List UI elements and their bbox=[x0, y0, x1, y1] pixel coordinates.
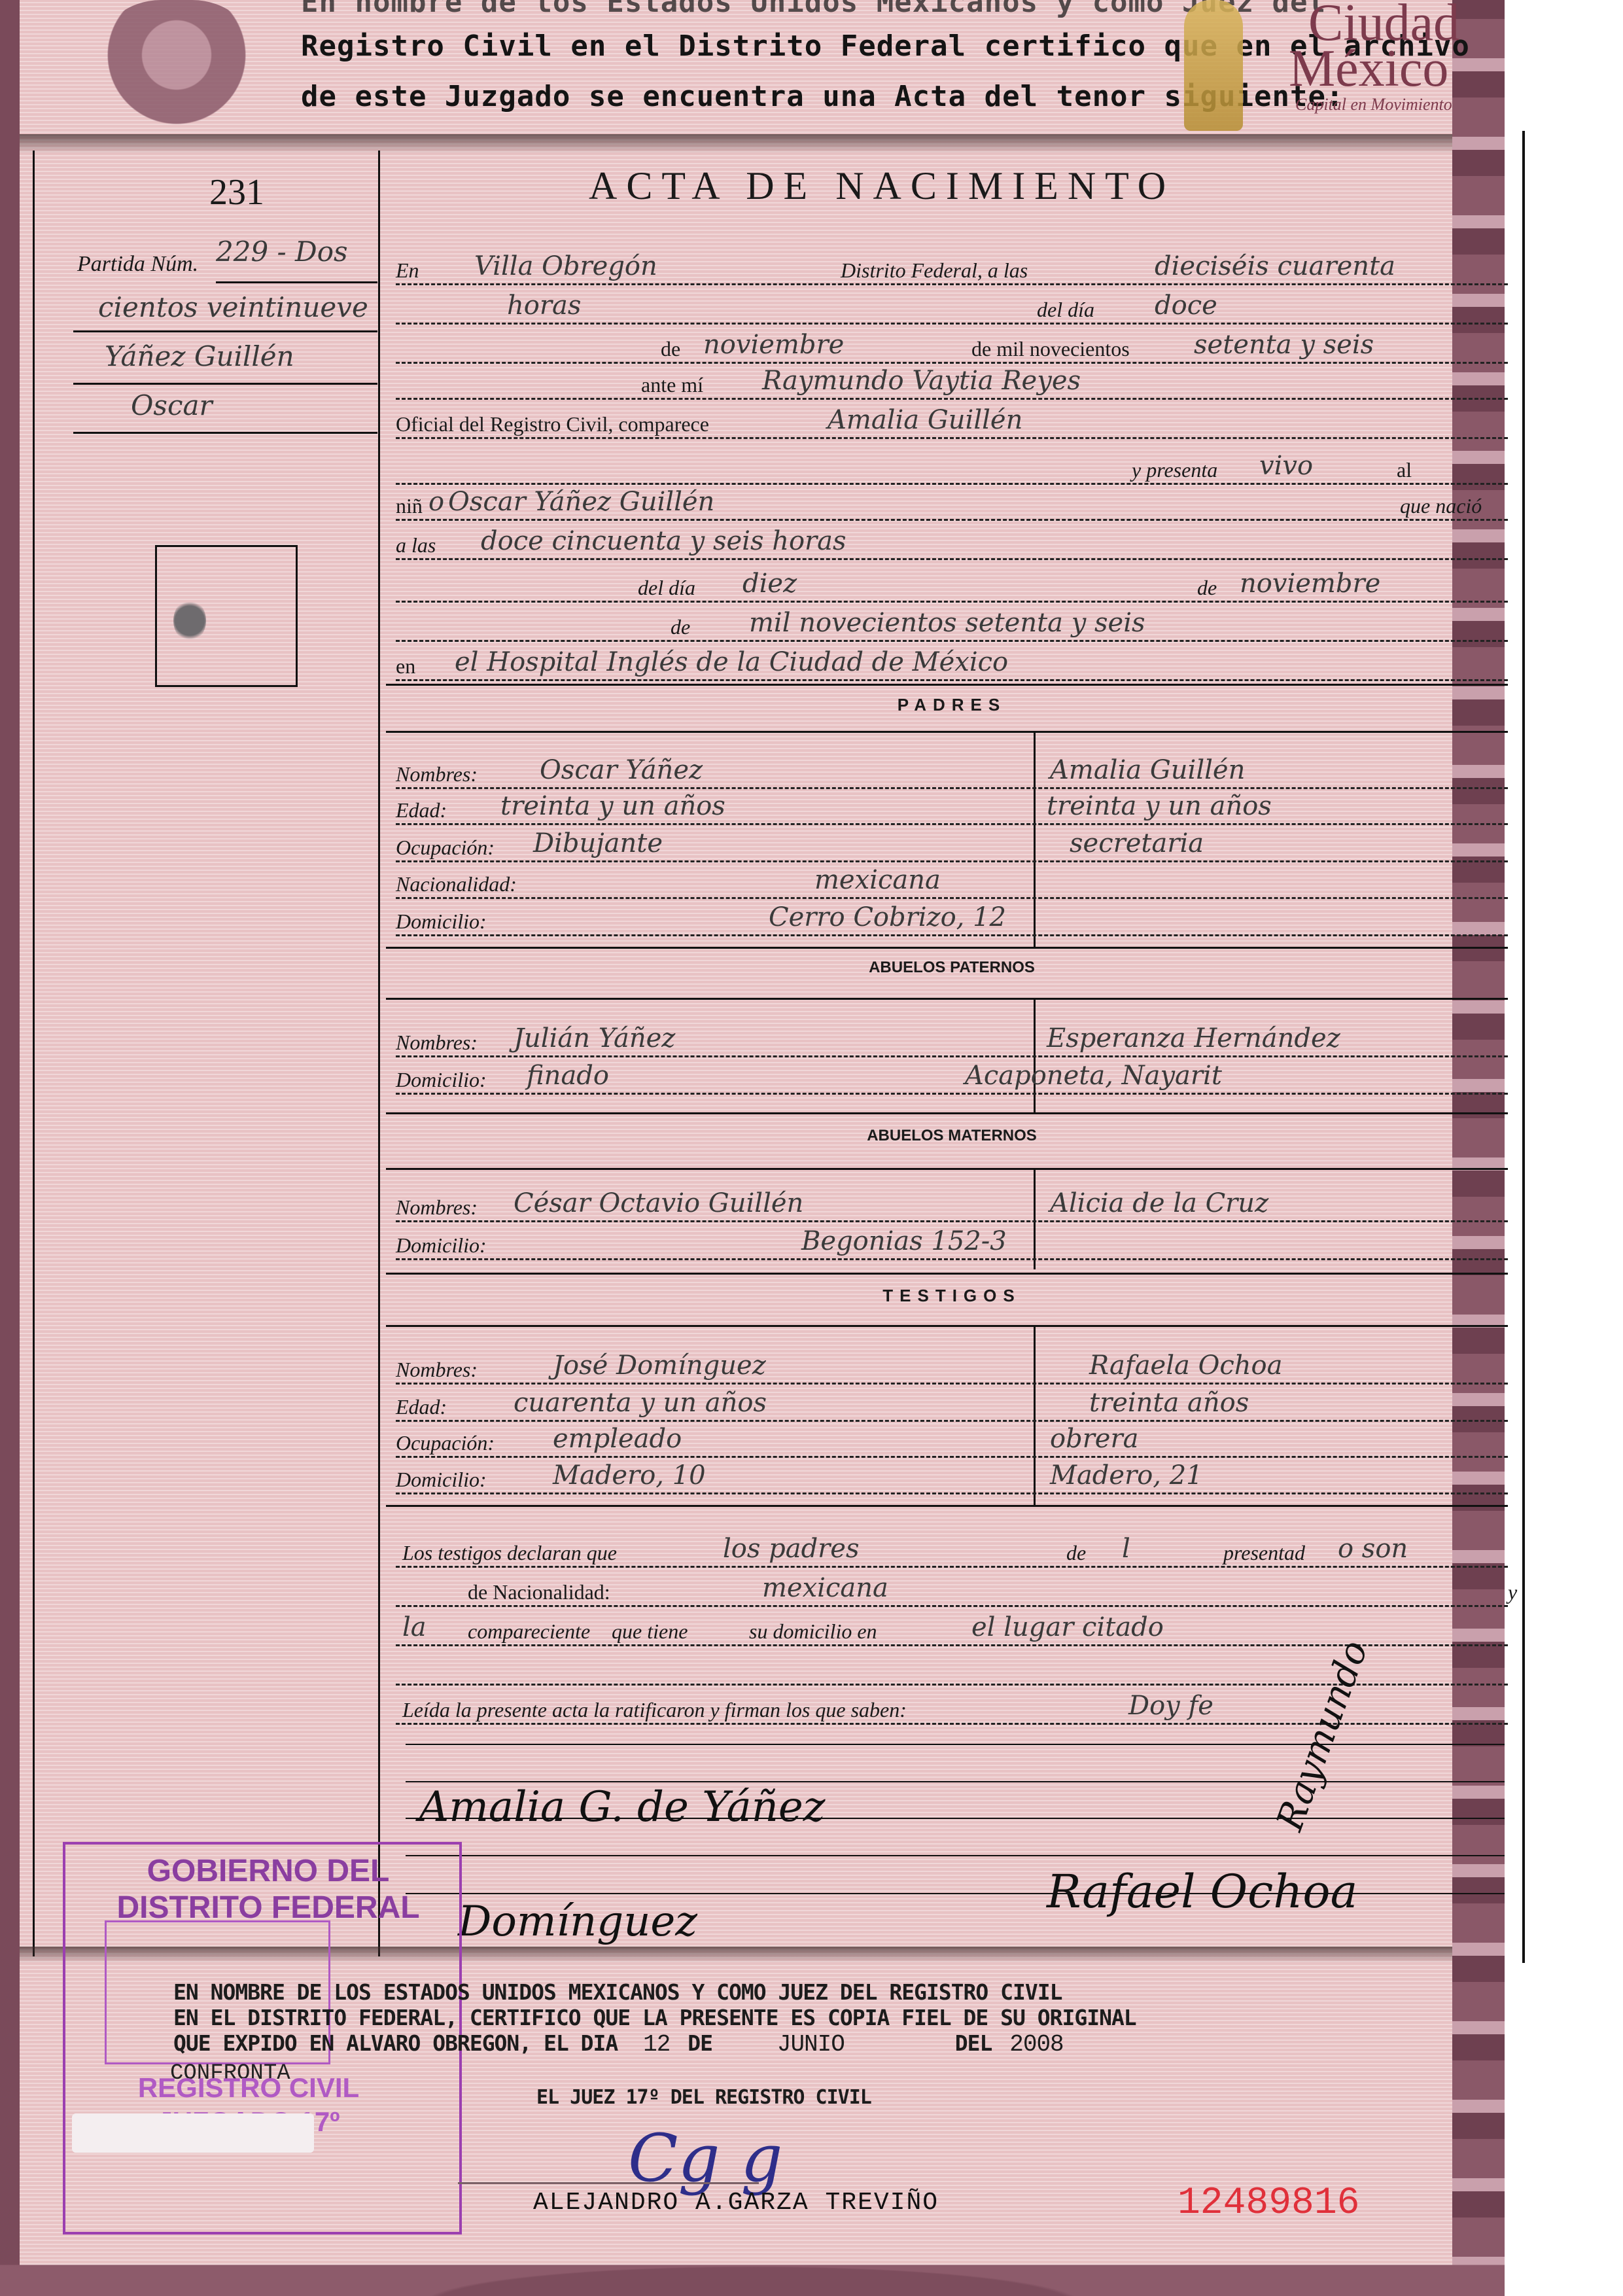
cert-line-2: EN EL DISTRITO FEDERAL, CERTIFICO QUE LA… bbox=[173, 2005, 1136, 2030]
cert-line-3-prefix: QUE EXPIDO EN ALVARO OBREGON, EL DIA bbox=[173, 2030, 618, 2056]
label-de-3: de bbox=[671, 615, 690, 639]
value-que: los padres bbox=[723, 1534, 860, 1564]
label-ocupacion: Ocupación: bbox=[396, 1431, 495, 1455]
stamp-line: GOBIERNO DEL bbox=[85, 1853, 451, 1890]
label-del-dia: del día bbox=[1037, 298, 1094, 322]
value-anio-registro: setenta y seis bbox=[1194, 330, 1374, 360]
document-title: ACTA DE NACIMIENTO bbox=[589, 164, 1175, 209]
row-nacionalidad: de Nacionalidad: mexicana y bbox=[396, 1570, 1508, 1610]
header-line-0: En nombre de los Estados Unidos Mexicano… bbox=[301, 0, 1326, 19]
signature-madre: Amalia G. de Yáñez bbox=[419, 1783, 825, 1831]
value-abuelo-paterno: Julián Yáñez bbox=[514, 1023, 675, 1053]
value-nacionalidad: mexicana bbox=[762, 1573, 888, 1603]
cert-year: 2008 bbox=[1009, 2031, 1063, 2058]
section-rule bbox=[386, 947, 1508, 949]
section-rule bbox=[386, 1112, 1508, 1114]
section-title-testigos: TESTIGOS bbox=[396, 1286, 1508, 1306]
value-testigo1-domicilio: Madero, 10 bbox=[553, 1460, 706, 1491]
value-nacionalidad: mexicana bbox=[814, 865, 941, 895]
partida-rule bbox=[216, 281, 377, 283]
angel-independence-icon bbox=[1184, 0, 1243, 131]
value-domicilio: Cerro Cobrizo, 12 bbox=[769, 902, 1006, 932]
label-nombres: Nombres: bbox=[396, 1031, 478, 1055]
national-eagle-emblem-icon bbox=[98, 0, 255, 137]
label-domicilio: Domicilio: bbox=[396, 1068, 487, 1092]
cert-month: JUNIO bbox=[777, 2031, 845, 2058]
label-nacionalidad: Nacionalidad: bbox=[396, 872, 517, 896]
row-mes-anio: de noviembre de mil novecientos setenta … bbox=[396, 327, 1508, 366]
section-rule bbox=[386, 1325, 1508, 1327]
juez-signature-line bbox=[458, 2182, 759, 2184]
value-testigo1-ocupacion: empleado bbox=[553, 1424, 682, 1454]
value-nino-suffix: o bbox=[428, 487, 444, 517]
fingerprint-icon bbox=[173, 599, 206, 642]
row-anio-nacimiento: de mil novecientos setenta y seis bbox=[396, 605, 1508, 645]
partida-rule bbox=[73, 330, 377, 332]
certification-text: EN NOMBRE DE LOS ESTADOS UNIDOS MEXICANO… bbox=[173, 1979, 1136, 2057]
label-que-tiene: que tiene bbox=[612, 1619, 688, 1644]
row-maternos-nombres: Nombres: César Octavio Guillén Alicia de… bbox=[396, 1186, 1508, 1225]
label-nino: niñ bbox=[396, 494, 423, 518]
value-estado: vivo bbox=[1259, 451, 1313, 481]
label-ocupacion: Ocupación: bbox=[396, 836, 495, 860]
value-lugar: Villa Obregón bbox=[474, 251, 657, 281]
label-de-2: de bbox=[1197, 576, 1217, 600]
section-title-abuelos-maternos: ABUELOS MATERNOS bbox=[396, 1127, 1508, 1145]
signature-testigo1: Domínguez bbox=[458, 1898, 697, 1946]
value-abuela-materna: Alicia de la Cruz bbox=[1050, 1188, 1268, 1218]
label-compareciente: compareciente bbox=[468, 1619, 590, 1644]
label-nombres: Nombres: bbox=[396, 762, 478, 786]
cert-day: 12 bbox=[643, 2031, 670, 2058]
row-dia-nacimiento: del día diez de noviembre bbox=[396, 566, 1508, 605]
value-padre-nombre: Oscar Yáñez bbox=[540, 755, 703, 785]
logo-mexico: México bbox=[1289, 39, 1448, 99]
value-doy-fe: Doy fe bbox=[1128, 1691, 1213, 1721]
label-testigos-declaran: Los testigos declaran que bbox=[402, 1541, 617, 1565]
value-mes-nacimiento: noviembre bbox=[1240, 569, 1380, 599]
value-domicilio-abuelo-paterno: finado bbox=[527, 1061, 609, 1091]
cert-line-3: QUE EXPIDO EN ALVARO OBREGON, EL DIA 12 … bbox=[173, 2030, 1136, 2057]
signature-testigo2: Rafael Ochoa bbox=[1047, 1865, 1357, 1918]
label-oficial: Oficial del Registro Civil, comparece bbox=[396, 412, 709, 436]
row-testigos-nombres: Nombres: José Domínguez Rafaela Ochoa bbox=[396, 1348, 1508, 1387]
label-domicilio: Domicilio: bbox=[396, 1233, 487, 1258]
value-madre-ocupacion: secretaria bbox=[1070, 828, 1204, 858]
folio-number-red: 12489816 bbox=[1178, 2182, 1359, 2225]
row-padres-nacionalidad: Nacionalidad: mexicana bbox=[396, 862, 1508, 902]
label-en-2: en bbox=[396, 654, 415, 679]
row-maternos-domicilio: Domicilio: Begonias 152-3 bbox=[396, 1224, 1508, 1263]
row-padres-edad: Edad: treinta y un años treinta y un año… bbox=[396, 788, 1508, 828]
value-dia-registro: doce bbox=[1155, 291, 1217, 321]
value-hora-registro: dieciséis cuarenta bbox=[1155, 251, 1395, 281]
row-paternos-nombres: Nombres: Julián Yáñez Esperanza Hernánde… bbox=[396, 1021, 1508, 1060]
label-a-las: a las bbox=[396, 533, 436, 557]
row-testigos-domicilio: Domicilio: Madero, 10 Madero, 21 bbox=[396, 1458, 1508, 1497]
stamp-line: REGISTRO CIVIL bbox=[85, 2071, 412, 2105]
partida-rule bbox=[73, 383, 377, 385]
value-madre-nombre: Amalia Guillén bbox=[1050, 755, 1245, 785]
label-domicilio: Domicilio: bbox=[396, 1468, 487, 1492]
signature-line bbox=[406, 1781, 1505, 1782]
partida-value-4: Oscar bbox=[131, 389, 213, 421]
partida-rule bbox=[73, 432, 377, 434]
row-padres-domicilio: Domicilio: Cerro Cobrizo, 12 bbox=[396, 900, 1508, 939]
section-rule bbox=[386, 1168, 1508, 1170]
label-nacio: que nació bbox=[1400, 494, 1482, 518]
fingerprint-box bbox=[155, 545, 298, 687]
row-declaracion: Los testigos declaran que los padres de … bbox=[396, 1531, 1508, 1570]
partida-value-2: cientos veintinueve bbox=[98, 291, 368, 323]
juez-signature: Cg g bbox=[628, 2120, 782, 2197]
column-divider bbox=[378, 150, 380, 1956]
value-domicilio-abuela-paterna: Acaponeta, Nayarit bbox=[965, 1061, 1222, 1091]
value-mes-registro: noviembre bbox=[703, 330, 844, 360]
partida-value-3: Yáñez Guillén bbox=[105, 340, 294, 372]
cert-del: DEL bbox=[955, 2030, 992, 2056]
certificate-header: En nombre de los Estados Unidos Mexicano… bbox=[20, 0, 1452, 141]
section-title-abuelos-paternos: ABUELOS PATERNOS bbox=[396, 959, 1508, 977]
value-hora-nacimiento: doce cincuenta y seis horas bbox=[481, 526, 846, 556]
row-presenta: y presenta vivo al bbox=[396, 448, 1508, 487]
value-abuelo-materno: César Octavio Guillén bbox=[514, 1188, 803, 1218]
value-la: la bbox=[402, 1612, 427, 1642]
label-en: En bbox=[396, 258, 419, 283]
row-lugar: En Villa Obregón Distrito Federal, a las… bbox=[396, 249, 1508, 288]
row-padres-ocupacion: Ocupación: Dibujante secretaria bbox=[396, 826, 1508, 865]
label-del-dia-2: del día bbox=[638, 576, 695, 600]
row-padres-nombres: Nombres: Oscar Yáñez Amalia Guillén bbox=[396, 752, 1508, 792]
label-nombres: Nombres: bbox=[396, 1358, 478, 1382]
folio-number: 231 bbox=[209, 171, 264, 213]
cert-de: DE bbox=[688, 2030, 712, 2056]
label-ante-mi: ante mí bbox=[641, 373, 703, 397]
row-hora-nacimiento: a las doce cincuenta y seis horas bbox=[396, 523, 1508, 563]
value-testigo1-edad: cuarenta y un años bbox=[514, 1388, 767, 1418]
section-title-padres: PADRES bbox=[396, 695, 1508, 715]
label-edad: Edad: bbox=[396, 1395, 447, 1419]
row-nino: niñ o Oscar Yáñez Guillén que nació bbox=[396, 484, 1508, 523]
label-mil-novecientos: de mil novecientos bbox=[971, 337, 1130, 361]
redacted-patch bbox=[72, 2113, 314, 2153]
value-madre-edad: treinta y un años bbox=[1047, 791, 1272, 821]
row-oficial: ante mí Raymundo Vaytia Reyes bbox=[396, 363, 1508, 402]
value-lugar-nacimiento: el Hospital Inglés de la Ciudad de Méxic… bbox=[455, 647, 1008, 677]
juez-title: EL JUEZ 17º DEL REGISTRO CIVIL bbox=[536, 2086, 871, 2109]
value-testigo2-nombre: Rafaela Ochoa bbox=[1089, 1351, 1282, 1381]
label-de: de bbox=[1066, 1541, 1086, 1565]
juez-name: ALEJANDRO A.GARZA TREVIÑO bbox=[533, 2189, 939, 2217]
value-abuela-paterna: Esperanza Hernández bbox=[1047, 1023, 1340, 1053]
value-testigo2-ocupacion: obrera bbox=[1050, 1424, 1138, 1454]
cert-line-1: EN NOMBRE DE LOS ESTADOS UNIDOS MEXICANO… bbox=[173, 1979, 1136, 2005]
label-presentado: presentad bbox=[1223, 1541, 1305, 1565]
stamp-gobierno-text: GOBIERNO DEL DISTRITO FEDERAL bbox=[85, 1853, 451, 1926]
section-rule bbox=[386, 684, 1508, 686]
partida-value-1: 229 - Dos bbox=[216, 236, 348, 268]
value-testigo1-nombre: José Domínguez bbox=[553, 1351, 766, 1381]
row-paternos-domicilio: Domicilio: finado Acaponeta, Nayarit bbox=[396, 1058, 1508, 1097]
value-compareciente: Amalia Guillén bbox=[828, 405, 1022, 435]
row-compareciente: Oficial del Registro Civil, comparece Am… bbox=[396, 402, 1508, 442]
signature-line bbox=[406, 1855, 1505, 1856]
label-domicilio: Domicilio: bbox=[396, 910, 487, 934]
label-de: de bbox=[661, 337, 680, 361]
label-de-nacionalidad: de Nacionalidad: bbox=[468, 1580, 610, 1604]
label-y: y bbox=[1508, 1580, 1517, 1604]
value-oficial: Raymundo Vaytia Reyes bbox=[762, 366, 1081, 396]
value-padre-ocupacion: Dibujante bbox=[533, 828, 663, 858]
value-dia-nacimiento: diez bbox=[742, 569, 797, 599]
label-su-domicilio: su domicilio en bbox=[749, 1619, 877, 1644]
value-horas: horas bbox=[507, 291, 581, 321]
value-testigo2-edad: treinta años bbox=[1089, 1388, 1249, 1418]
label-leida: Leída la presente acta la ratificaron y … bbox=[402, 1698, 907, 1722]
section-rule bbox=[386, 1505, 1508, 1507]
label-nombres: Nombres: bbox=[396, 1195, 478, 1220]
label-presenta: y presenta bbox=[1132, 458, 1217, 482]
row-testigos-ocupacion: Ocupación: empleado obrera bbox=[396, 1421, 1508, 1460]
value-domicilio: el lugar citado bbox=[971, 1612, 1164, 1642]
logo-tagline: Capital en Movimiento bbox=[1295, 95, 1452, 115]
label-edad: Edad: bbox=[396, 798, 447, 822]
row-del-dia: horas del día doce bbox=[396, 288, 1508, 327]
label-al: al bbox=[1397, 458, 1412, 482]
partida-label: Partida Núm. bbox=[77, 252, 198, 277]
value-nombre-registrado: Oscar Yáñez Guillén bbox=[448, 487, 714, 517]
value-presentado: o son bbox=[1338, 1534, 1408, 1564]
section-rule bbox=[386, 731, 1508, 733]
value-de: l bbox=[1122, 1534, 1130, 1564]
row-testigos-edad: Edad: cuarenta y un años treinta años bbox=[396, 1385, 1508, 1424]
label-distrito: Distrito Federal, a las bbox=[841, 258, 1028, 283]
decorative-border-left bbox=[0, 0, 20, 2296]
section-rule bbox=[386, 998, 1508, 1000]
row-lugar-nacimiento: en el Hospital Inglés de la Ciudad de Mé… bbox=[396, 645, 1508, 684]
value-testigo2-domicilio: Madero, 21 bbox=[1050, 1460, 1203, 1491]
value-anio-nacimiento: mil novecientos setenta y seis bbox=[749, 608, 1145, 638]
section-rule bbox=[386, 1273, 1508, 1275]
value-padre-edad: treinta y un años bbox=[500, 791, 725, 821]
value-domicilio-maternos: Begonias 152-3 bbox=[801, 1226, 1007, 1256]
cdmx-logo: Ciudad México Capital en Movimiento bbox=[1263, 0, 1472, 131]
border-rule bbox=[1522, 131, 1525, 1963]
